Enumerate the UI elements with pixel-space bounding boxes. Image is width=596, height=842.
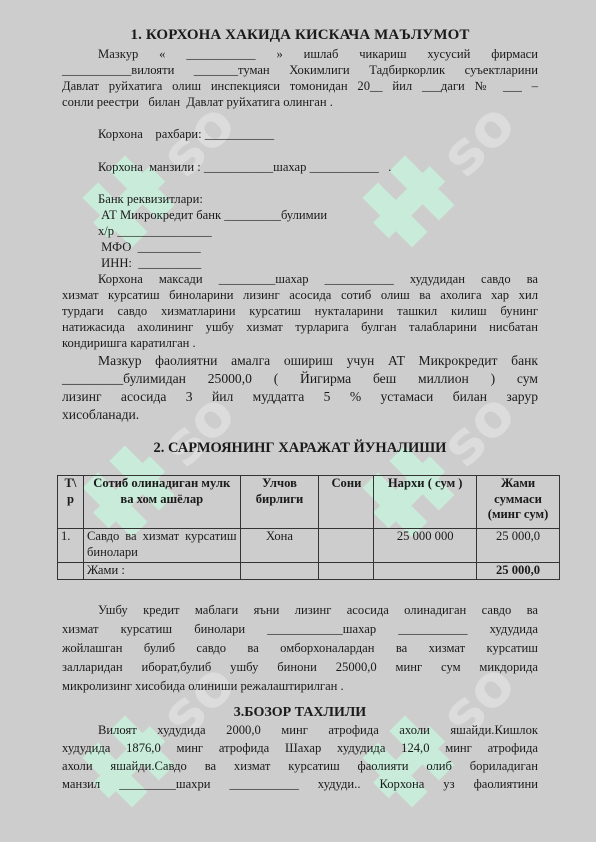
section-1-title: 1. КОРХОНА ХАКИДА КИСКАЧА МАЪЛУМОТ bbox=[62, 28, 538, 44]
funding-line: Мазкур фаолиятни амалга ошириш учун АТ М… bbox=[62, 353, 538, 369]
cell bbox=[319, 563, 374, 580]
credit-line: хизмат курсатиш бинолари ____________шах… bbox=[62, 622, 538, 638]
col-header: Сотиб олинадиган мулк ва хом ашёлар bbox=[83, 476, 240, 529]
cell: 25 000,0 bbox=[477, 529, 560, 563]
credit-line: Ушбу кредит маблаги яъни лизинг асосида … bbox=[62, 603, 538, 619]
col-header: Сони bbox=[319, 476, 374, 529]
col-header: Жами суммаси (минг сум) bbox=[477, 476, 560, 529]
credit-line: микролизинг хисобида олиниши режалаштири… bbox=[62, 679, 344, 695]
goal-line: Корхона максади _________шахар _________… bbox=[62, 272, 538, 288]
inn-field: ИНН: __________ bbox=[98, 256, 201, 272]
cell bbox=[240, 563, 319, 580]
director-field: Корхона рахбари: ___________ bbox=[98, 127, 274, 143]
table-row: 1. Савдо ва хизмат курсатиш бинолари Хон… bbox=[58, 529, 560, 563]
funding-line: _________булимидан 25000,0 ( Йигирма беш… bbox=[62, 371, 538, 387]
intro-line: Давлат руйхатига олиш инспекцияси томони… bbox=[62, 79, 538, 95]
investment-table: Т\ р Сотиб олинадиган мулк ва хом ашёлар… bbox=[57, 475, 560, 580]
col-header: Т\ р bbox=[58, 476, 84, 529]
market-line: Вилоят худудида 2000,0 минг атрофида ахо… bbox=[62, 723, 538, 739]
table-header-row: Т\ р Сотиб олинадиган мулк ва хом ашёлар… bbox=[58, 476, 560, 529]
cell bbox=[319, 529, 374, 563]
funding-line: хисобланади. bbox=[62, 407, 139, 423]
intro-line: Мазкур « ___________ » ишлаб чикариш хус… bbox=[62, 47, 538, 63]
cell bbox=[374, 563, 477, 580]
section-3-title: 3.БОЗОР ТАХЛИЛИ bbox=[62, 705, 538, 721]
market-line: худудида 1876,0 минг атрофида Шахар худу… bbox=[62, 741, 538, 757]
credit-line: жойлашган булиб савдо ва омборхоналардан… bbox=[62, 641, 538, 657]
goal-line: кондиришга каратилган . bbox=[62, 336, 196, 352]
cell: 1. bbox=[58, 529, 84, 563]
market-line: ахоли яшайди.Савдо ва хизмат курсатиш фа… bbox=[62, 759, 538, 775]
total-label: Жами : bbox=[83, 563, 240, 580]
cell: 25 000 000 bbox=[374, 529, 477, 563]
table-total-row: Жами : 25 000,0 bbox=[58, 563, 560, 580]
intro-line: сонли реестри билан Давлат руйхатига оли… bbox=[62, 95, 333, 111]
funding-line: лизинг асосида 3 йил муддатга 5 % устама… bbox=[62, 389, 538, 405]
total-value: 25 000,0 bbox=[477, 563, 560, 580]
account-field: х/р _______________ bbox=[98, 224, 212, 240]
col-header: Нархи ( сум ) bbox=[374, 476, 477, 529]
cell bbox=[58, 563, 84, 580]
cell: Савдо ва хизмат курсатиш бинолари bbox=[83, 529, 240, 563]
mfo-field: МФО __________ bbox=[98, 240, 201, 256]
goal-line: натижасида ахолининг ушбу хизмат турлари… bbox=[62, 320, 538, 336]
credit-line: залларидан иборат,булиб ушбу бинони 2500… bbox=[62, 660, 538, 676]
intro-line: ___________вилояти _______туман Хокимлиг… bbox=[62, 63, 538, 79]
goal-line: хизмат курсатиш биноларини лизинг асосид… bbox=[62, 288, 538, 304]
goal-line: турдаги савдо хизматларини курсатиш нукт… bbox=[62, 304, 538, 320]
address-field: Корхона манзили : ___________шахар _____… bbox=[98, 160, 391, 176]
section-2-title: 2. САРМОЯНИНГ ХАРАЖАТ ЙУНАЛИШИ bbox=[62, 441, 538, 457]
market-line: манзил _________шахри ___________ худуди… bbox=[62, 777, 538, 793]
bank-details-title: Банк реквизитлари: bbox=[98, 192, 203, 208]
col-header: Улчов бирлиги bbox=[240, 476, 319, 529]
svg-text:so: so bbox=[427, 95, 522, 190]
bank-name-field: АТ Микрокредит банк _________булимии bbox=[98, 208, 327, 224]
cell: Хона bbox=[240, 529, 319, 563]
